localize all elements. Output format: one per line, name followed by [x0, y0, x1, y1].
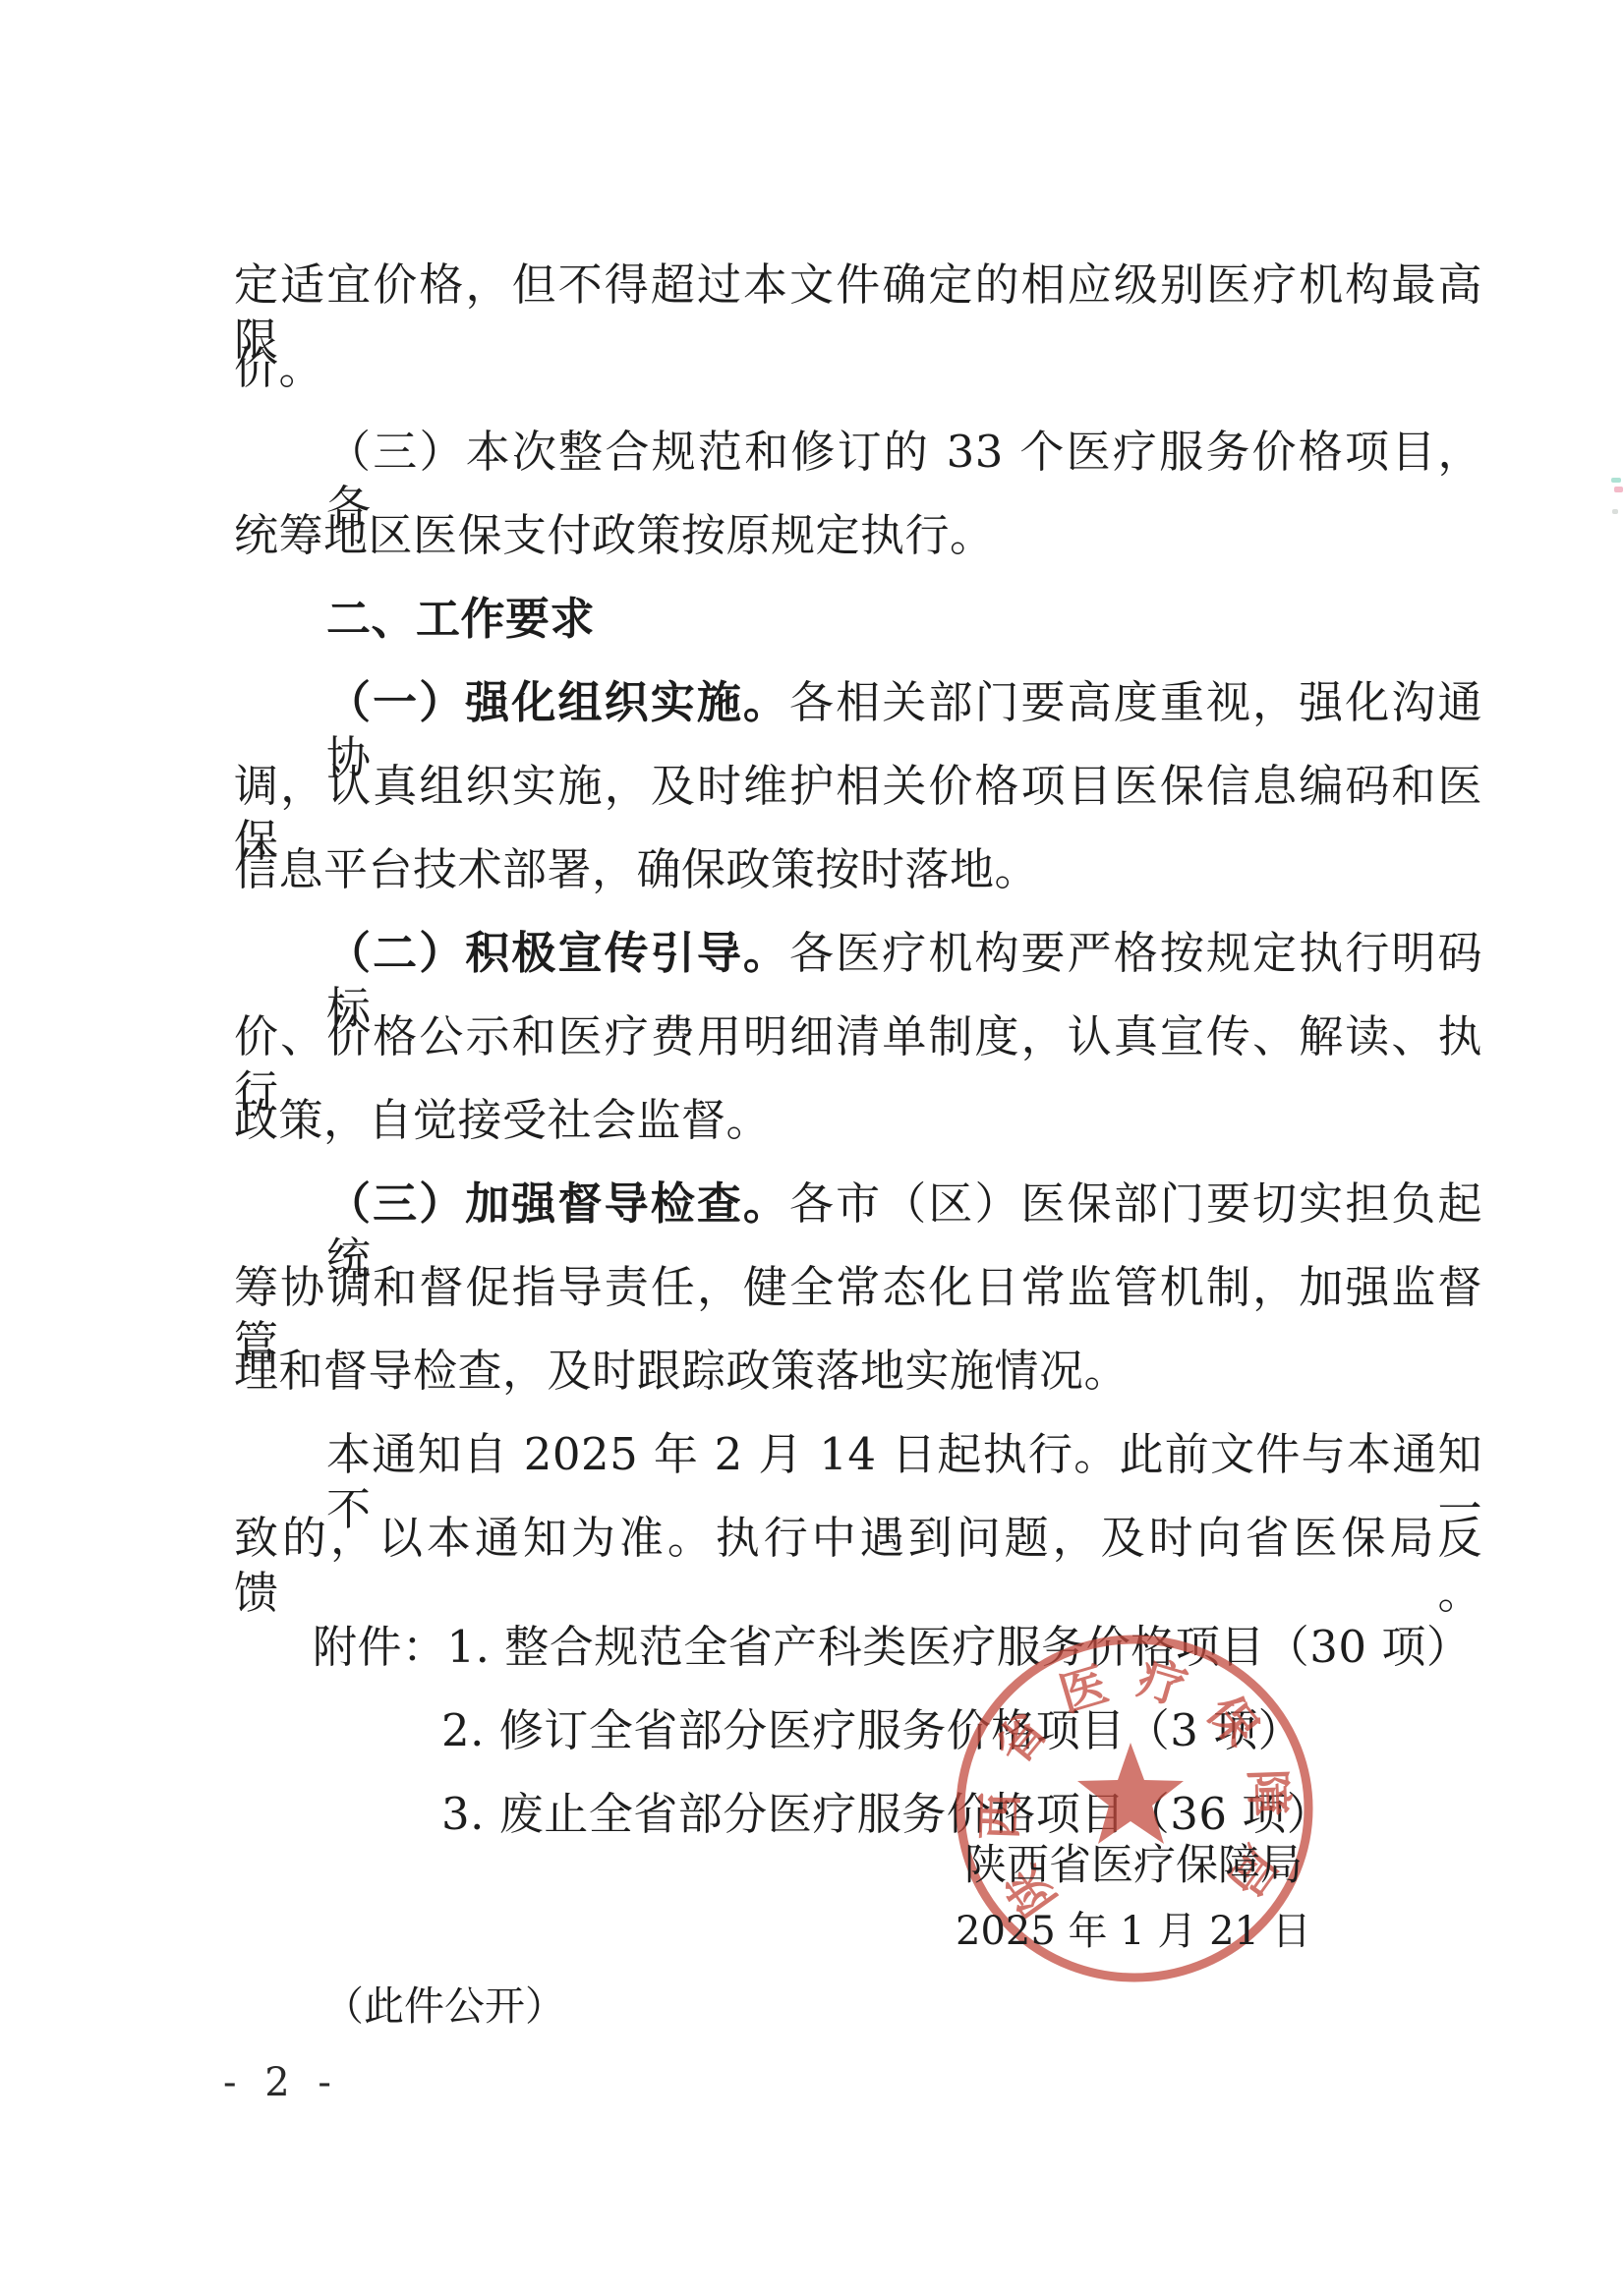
body-line-bold: （一）强化组织实施。 — [326, 676, 789, 728]
document-page: 定适宜价格，但不得超过本文件确定的相应级别医疗机构最高限 价。 （三）本次整合规… — [0, 0, 1624, 2296]
body-line-text: 政策，自觉接受社会监督。 — [234, 1094, 771, 1146]
scan-speck — [1612, 509, 1618, 514]
body-line: 政策，自觉接受社会监督。 — [234, 1093, 1482, 1148]
body-line-text: 价。 — [234, 342, 323, 394]
body-line: 价。 — [234, 341, 1482, 396]
seal-star — [1077, 1743, 1184, 1844]
body-line-text: 理和督导检查，及时跟踪政策落地实施情况。 — [234, 1345, 1129, 1397]
body-line: 致的，以本通知为准。执行中遇到问题，及时向省医保局反馈。 — [234, 1511, 1482, 1621]
signature-date: 2025 年 1 月 21 日 — [956, 1908, 1311, 1955]
section-heading-text: 二、工作要求 — [326, 593, 595, 645]
body-line-text: 信息平台技术部署，确保政策按时落地。 — [234, 843, 1039, 895]
body-line-bold: （二）积极宣传引导。 — [326, 927, 789, 979]
signature-agency: 陕西省医疗保障局 — [964, 1841, 1303, 1890]
body-line-bold: （三）加强督导检查。 — [326, 1177, 789, 1230]
body-line: 理和督导检查，及时跟踪政策落地实施情况。 — [234, 1344, 1482, 1399]
section-heading: 二、工作要求 — [326, 592, 1482, 647]
body-line: 信息平台技术部署，确保政策按时落地。 — [234, 842, 1482, 897]
attachment-label: 附件： — [313, 1621, 447, 1673]
body-line-text: 统筹地区医保支付政策按原规定执行。 — [234, 509, 995, 561]
body-line: 统筹地区医保支付政策按原规定执行。 — [234, 508, 1482, 563]
body-line-text: 致的，以本通知为准。执行中遇到问题，及时向省医保局反馈。 — [234, 1512, 1482, 1619]
scan-speck — [1614, 487, 1623, 492]
public-release-note: （此件公开） — [323, 1981, 565, 2031]
page-number: - 2 - — [223, 2060, 339, 2105]
scan-speck — [1611, 478, 1621, 483]
